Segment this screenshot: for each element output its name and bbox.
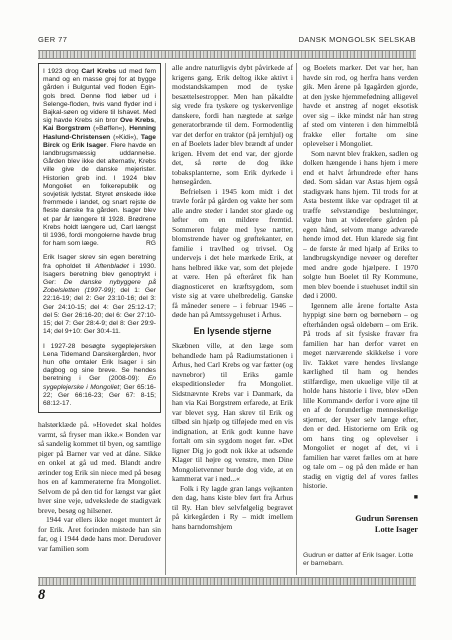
paragraph: Folk i Ry lagde gran langs vejkanten den… xyxy=(172,484,293,532)
author-caption: Gudrun er datter af Erik Isager. Lotte e… xyxy=(303,552,418,569)
magazine-page: GER 77 DANSK MONGOLSK SELSKAB I 1923 dro… xyxy=(0,0,452,640)
author-name: Lotte Isager xyxy=(303,524,418,536)
column-1: I 1923 drog Carl Krebs ud med fem mand o… xyxy=(38,63,161,575)
decorative-border-bottom xyxy=(38,577,416,586)
issue-label: GER 77 xyxy=(38,35,67,44)
end-of-article-marker: ■ xyxy=(303,493,418,501)
author-name: Gudrun Sørensen xyxy=(303,513,418,525)
paragraph: Skæbnen ville, at den læge som behandled… xyxy=(172,341,293,484)
section-heading: En lysende stjerne xyxy=(172,327,293,337)
paragraph: og Boelets marker. Det var her, han havd… xyxy=(303,63,418,149)
paragraph: Igennem alle årene fortalte Asta hyppigt… xyxy=(303,301,418,491)
paragraph: 1944 var ellers ikke noget muntert år fo… xyxy=(38,515,161,553)
column-3-text: og Boelets marker. Det var her, han havd… xyxy=(303,63,418,491)
paragraph: Som nævnt blev frakken, sadlen og dolken… xyxy=(303,149,418,301)
column-1-text: halstørklæde på. »Hovedet skal holdes va… xyxy=(38,420,161,553)
decorative-border-top xyxy=(38,50,416,59)
page-number: 8 xyxy=(38,587,45,604)
paragraph: alle andre naturligvis dybt påvirkede af… xyxy=(172,63,293,187)
paragraph: Befrielsen i 1945 kom midt i det travle … xyxy=(172,187,293,320)
publisher-label: DANSK MONGOLSK SELSKAB xyxy=(299,35,416,44)
signature-block: Gudrun Sørensen Lotte Isager xyxy=(303,513,418,536)
column-divider xyxy=(165,63,166,575)
paragraph: Erik Isager skrev sin egen beretning fra… xyxy=(43,254,156,336)
paragraph: I 1927-28 besøgte sygeplejersken Lena Ti… xyxy=(43,343,156,409)
info-box: I 1923 drog Carl Krebs ud med fem mand o… xyxy=(38,63,161,413)
column-divider xyxy=(296,63,297,575)
column-3: og Boelets marker. Det var her, han havd… xyxy=(303,63,418,575)
paragraph: halstørklæde på. »Hovedet skal holdes va… xyxy=(38,420,161,515)
column-2: alle andre naturligvis dybt påvirkede af… xyxy=(172,63,293,575)
content-columns: I 1923 drog Carl Krebs ud med fem mand o… xyxy=(38,63,418,575)
page-header: GER 77 DANSK MONGOLSK SELSKAB xyxy=(38,35,416,44)
paragraph: I 1923 drog Carl Krebs ud med fem mand o… xyxy=(43,68,156,248)
